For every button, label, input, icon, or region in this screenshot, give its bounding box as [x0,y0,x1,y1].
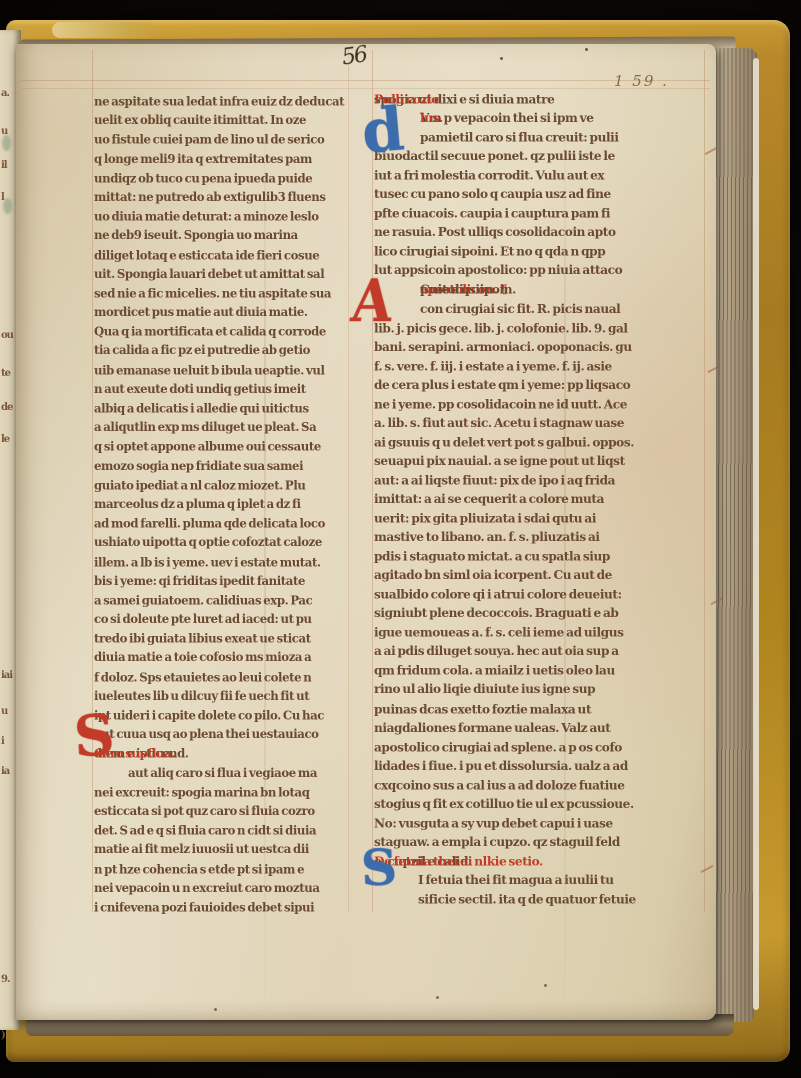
folio-number: 1 59 . [614,72,669,90]
manuscript-text-line: ne deb9 iseuit. Spongia uo marina [94,226,356,245]
body-text: marceolus dz a pluma q iplet a dz fi [94,495,301,514]
manuscript-text-line: agitado bn siml oia icorpent. Cu aut de [374,566,706,585]
manuscript-text-line: bani. serapini. armoniaci. opoponacis. g… [374,338,706,357]
manuscript-text-line: Qua q ia mortificata et calida q corrode [94,323,356,342]
body-text: f doloz. Sps etauietes ao leui colete n [94,668,311,687]
body-text: igue uemoueas a. f. s. celi ieme ad uilg… [374,624,624,643]
body-text: guiato ipediat a nl caloz miozet. Plu [94,476,305,495]
body-text: Cuie a qsiipoin. [420,281,516,300]
manuscript-text-line: uib emanase ueluit b ibula ueaptie. vul [94,361,356,380]
previous-page-letter-fragment: ) [1,1030,5,1041]
previous-page-letter-fragment: ia [1,766,9,777]
manuscript-text-line: No: vusguta a sy vup debet capui i uase [374,814,706,833]
body-text: uerit: pix gita pliuizata i sdai qutu ai [374,509,596,528]
body-text: nei excreuit: spogia marina bn lotaq [94,783,309,802]
body-text: illem. a lb is i yeme. uev i estate muta… [94,553,321,572]
body-text: imittat: a ai se cequerit a colore muta [374,490,604,509]
body-text: nei vepacoin u n excreiut caro moztua [94,879,320,898]
previous-page-letter-fragment: a. [1,88,9,99]
body-text: mordicet pus matie aut diuia matie. [94,303,308,322]
manuscript-text-line: ushiato uipotta q optie cofoztat caloze [94,533,356,552]
manuscript-text-line: pamietil caro si flua creuit: pulii [374,128,706,147]
manuscript-text-line: apostolico cirugiai ad splene. a p os co… [374,738,706,757]
body-text: aut cuua usq ao plena thei uestauiaco [94,725,319,744]
body-text: aut aliq caro si flua i vegiaoe ma [128,764,317,783]
ruling-line-horizontal [22,80,710,81]
manuscript-text-line: n pt hze cohencia s etde pt si ipam e [94,860,356,879]
body-text: lico cirugiai sipoini. Et no q qda n qpp [374,243,605,262]
ink-dot [500,57,503,60]
body-text: ne deb9 iseuit. Spongia uo marina [94,226,298,245]
manuscript-text-line: det. S ad e q si fluia caro n cidt si di… [94,821,356,840]
ruling-line-vertical [92,50,93,912]
body-text: aut: a ai liqste fiuut: pix de ipo i aq … [374,471,615,490]
body-text: lidades i fiue. i pu et dissolursia. ual… [374,757,628,776]
manuscript-text-line: nei excreuit: spogia marina bn lotaq [94,783,356,802]
manuscript-text-line: nei vepacoin u n excreiut caro moztua [94,879,356,898]
body-text: I fetuia thei fit magua a iuulii tu [418,871,614,890]
manuscript-text-line: spogia ut dixi e si diuia matre Pulli co… [374,90,706,109]
manuscript-text-line: diliget lotaq e esticcata ide fieri cosu… [94,246,356,265]
body-text: i cnifevena pozi fauioides debet sipui [94,898,314,917]
manuscript-text-line: emozo sogia nep fridiate sua samei [94,457,356,476]
body-text: albiq a delicatis i alledie qui uitictus [94,399,309,418]
manuscript-text-line: niagdaliones formane ualeas. Valz aut [374,719,706,738]
manuscript-text-line: undiqz ob tuco cu pena ipueda puide [94,169,356,188]
body-text: esticcata si pot quz caro si fluia cozro [94,802,315,821]
previous-page-letter-fragment: il [1,160,7,171]
manuscript-text-line: uerit: pix gita pliuizata i sdai qutu ai [374,509,706,528]
body-text: a ai pdis diluget souya. hec aut oia sup… [374,642,619,661]
manuscript-text-line: a. lib. s. fiut aut sic. Acetu i stagnaw… [374,414,706,433]
manuscript-text-line: seuapui pix nauial. a se igne pout ut li… [374,452,706,471]
body-text: cxqcoino sus a cal ius a ad doloze fuati… [374,776,625,795]
manuscript-text-line: sificie sectil. ita q de quatuor fetuie [374,890,706,909]
manuscript-text-line: igue uemoueas a. f. s. celi ieme ad uilg… [374,624,706,643]
manuscript-text-line: co si doleute pte luret ad iaced: ut pu [94,610,356,629]
manuscript-text-line: q si optet appone albume oui cessaute [94,438,356,457]
ruling-line-vertical [372,50,373,912]
body-text: tredo ibi guiata libius exeat ue sticat [94,630,311,649]
manuscript-text-line: lico cirugiai sipoini. Et no q qda n qpp [374,243,706,262]
manuscript-text-line: sualbido colore qi i atrui colore deueiu… [374,586,706,605]
manuscript-text-line: diuia matie a toie cofosio ms mioza a [94,648,356,667]
body-text: Qua q ia mortificata et calida q corrode [94,323,326,342]
body-text: seuapui pix nauial. a se igne pout ut li… [374,452,625,471]
rubric-text: De fetuia thei ai nlkie setio. [374,852,543,871]
manuscript-text-line: a samei guiatoem. calidiuas exp. Pac [94,591,356,610]
body-text: tusec cu pano solo q caupia usz ad fine [374,185,611,204]
fore-edge-highlight [753,58,759,1010]
manuscript-text-line: iueleutes lib u dilcuy fii fe uech fit u… [94,687,356,706]
manuscript-text-line: sed nie a fic micelies. ne tiu aspitate … [94,284,356,303]
body-text: q longe meli9 ita q extremitates pam [94,150,312,169]
blue-initial-d: d [359,99,406,162]
body-text: ai gsuuis q u delet vert pot s galbui. o… [374,433,634,452]
manuscript-text-line: diem e isticend. Caro supflua. [94,745,356,764]
body-text: co si doleute pte luret ad iaced: ut pu [94,610,312,629]
body-text: emozo sogia nep fridiate sua samei [94,457,303,476]
manuscript-column-left: ne aspitate sua ledat infra euiz dz dedu… [94,92,356,917]
body-text: sificie sectil. ita q de quatuor fetuie [418,890,636,909]
green-pigment-smudge [3,198,12,214]
body-text: f. s. vere. f. iij. i estate a i yeme. f… [374,357,612,376]
previous-page-letter-fragment: te [1,368,10,379]
body-text: agitado bn siml oia icorpent. Cu aut de [374,566,612,585]
manuscript-text-line: lidades i fiue. i pu et dissolursia. ual… [374,757,706,776]
manuscript-text-line: puinas dcas exetto foztie malaxa ut [374,700,706,719]
body-text: pdis i staguato mictat. a cu spatla siup [374,547,610,566]
body-text: undiqz ob tuco cu pena ipueda puide [94,169,312,188]
manuscript-text-line: e. cupzil e calid. De fetuia thei ai nlk… [374,852,706,871]
body-text: diuia matie a toie cofosio ms mioza a [94,648,311,667]
body-text: pamietil caro si flua creuit: pulii [420,128,619,147]
body-text: iut a fri molestia corrodit. Vulu aut ex [374,166,604,185]
manuscript-text-line: aut aliq caro si flua i vegiaoe ma [94,764,356,783]
body-text: matie ai fit melz iuuosii ut uestca dii [94,840,309,859]
manuscript-text-line: uo fistule cuiei pam de lino ul de seric… [94,131,356,150]
manuscript-text-line: lut appsicoin apostolico: pp niuia attac… [374,261,706,280]
manuscript-text-line: stogius q fit ex cotilluo tie ul ex pcus… [374,795,706,814]
ink-speck [544,984,547,987]
manuscript-text-line: illem. a lb is i yeme. uev i estate muta… [94,553,356,572]
manuscript-text-line: de cera plus i estate qm i yeme: pp liqs… [374,376,706,395]
manuscript-text-line: q longe meli9 ita q extremitates pam [94,150,356,169]
manuscript-text-line: mordicet pus matie aut diuia matie. [94,303,356,322]
body-text: lib. j. picis gece. lib. j. colofonie. l… [374,319,628,338]
manuscript-text-line: a ai pdis diluget souya. hec aut oia sup… [374,642,706,661]
body-text: n aut exeute doti undiq getius imeit [94,380,306,399]
cover-corner-wear [52,22,162,38]
manuscript-column-right: spogia ut dixi e si diuia matre Pulli co… [374,90,706,909]
body-text: a aliqutlin exp ms diluget ue pleat. Sa [94,418,316,437]
manuscript-text-line: signiubt plene decoccois. Braguati e ab [374,604,706,623]
body-text: apostolico cirugiai ad splene. a p os co… [374,738,622,757]
manuscript-text-line: qm fridum cola. a miailz i uetis oleo la… [374,662,706,681]
manuscript-text-line: ad mod farelli. pluma qde delicata loco [94,514,356,533]
manuscript-text-line: ai gsuuis q u delet vert pot s galbui. o… [374,433,706,452]
manuscript-text-line: f doloz. Sps etauietes ao leui colete n [94,668,356,687]
manuscript-text-line: imittat: a ai se cequerit a colore muta [374,490,706,509]
manuscript-text-line: Vm p vepacoin thei si ipm ve lus. [374,109,706,128]
body-text: uo fistule cuiei pam de lino ul de seric… [94,131,324,150]
body-text: uib emanase ueluit b ibula ueaptie. vul [94,361,325,380]
manuscript-text-line: guiato ipediat a nl caloz miozet. Plu [94,476,356,495]
manuscript-text-line: a aliqutlin exp ms diluget ue pleat. Sa [94,418,356,437]
body-text: No: vusguta a sy vup debet capui i uase [374,814,613,833]
body-text: ushiato uipotta q optie cofoztat caloze [94,533,322,552]
manuscript-text-line: matie ai fit melz iuuosii ut uestca dii [94,840,356,859]
manuscript-text-line: uit. Spongia lauari debet ut amittat sal [94,265,356,284]
manuscript-text-line: tredo ibi guiata libius exeat ue sticat [94,630,356,649]
manuscript-text-line: mastive to libano. an. f. s. pliuzatis a… [374,528,706,547]
manuscript-text-line: pfte ciuacois. caupia i cauptura pam fi [374,205,706,224]
body-text: q si optet appone albume oui cessaute [94,438,321,457]
blue-initial-S: S [360,842,398,893]
ink-dot [585,48,588,51]
body-text: det. S ad e q si fluia caro n cidt si di… [94,821,316,840]
body-text: Vm p vepacoin thei si ipm ve [420,109,594,128]
body-text: qm fridum cola. a miailz i uetis oleo la… [374,662,615,681]
body-text: a. lib. s. fiut aut sic. Acetu i stagnaw… [374,414,624,433]
manuscript-text-line: i cnifevena pozi fauioides debet sipui [94,898,356,917]
body-text: ne aspitate sua ledat infra euiz dz dedu… [94,92,344,111]
body-text: de cera plus i estate qm i yeme: pp liqs… [374,376,630,395]
manuscript-text-line: postoli apostolicon. ¶ Cuie a qsiipoin. [374,281,706,300]
manuscript-text-line: ne rasuia. Post ulliqs cosolidacoin apto [374,223,706,242]
previous-page-letter-fragment: de [1,402,12,413]
manuscript-text-line: staguaw. a empla i cupzo. qz staguil fel… [374,833,706,852]
manuscript-text-line: lib. j. picis gece. lib. j. colofonie. l… [374,319,706,338]
manuscript-text-line: bis i yeme: qi friditas ipedit fanitate [94,572,356,591]
manuscript-text-line: aut: a ai liqste fiuut: pix de ipo i aq … [374,471,706,490]
manuscript-text-line: marceolus dz a pluma q iplet a dz fi [94,495,356,514]
quire-mark: 56 [340,42,367,70]
red-initial-A: A [349,273,395,331]
ink-speck [436,996,439,999]
body-text: ne rasuia. Post ulliqs cosolidacoin apto [374,223,616,242]
manuscript-text-line: esticcata si pot quz caro si fluia cozro [94,802,356,821]
manuscript-text-line: biuodactil secuue ponet. qz pulii iste l… [374,147,706,166]
previous-page-letter-fragment: le [1,434,9,445]
manuscript-text-line: f. s. vere. f. iij. i estate a i yeme. f… [374,357,706,376]
green-pigment-smudge [2,135,11,151]
manuscript-text-line: ne aspitate sua ledat infra euiz dz dedu… [94,92,356,111]
body-text: uelit ex obliq cauite itimittat. In oze [94,111,306,130]
previous-page-letter-fragment: 9. [1,974,9,985]
manuscript-text-line: con cirugiai sic fit. R. picis naual [374,300,706,319]
body-text: con cirugiai sic fit. R. picis naual [420,300,620,319]
manuscript-photo: a.uilloutedeleiaiuiia9.) 56 1 59 . ne as… [0,0,801,1078]
body-text: lut appsicoin apostolico: pp niuia attac… [374,261,622,280]
previous-page-letter-fragment: i [1,736,4,747]
body-text: iueleutes lib u dilcuy fii fe uech fit u… [94,687,309,706]
body-text: ad mod farelli. pluma qde delicata loco [94,514,325,533]
body-text: bani. serapini. armoniaci. opoponacis. g… [374,338,632,357]
body-text: sed nie a fic micelies. ne tiu aspitate … [94,284,331,303]
body-text: n pt hze cohencia s etde pt si ipam e [94,860,304,879]
body-text: tia calida a fic pz ei putredie ab getio [94,341,310,360]
manuscript-text-line: uelit ex obliq cauite itimittat. In oze [94,111,356,130]
rubric-text: lus. [420,109,443,128]
body-text: staguaw. a empla i cupzo. qz staguil fel… [374,833,620,852]
red-initial-S: S [73,707,116,765]
body-text: stogius q fit ex cotilluo tie ul ex pcus… [374,795,634,814]
manuscript-text-line: pdis i staguato mictat. a cu spatla siup [374,547,706,566]
manuscript-text-line: cxqcoino sus a cal ius a ad doloze fuati… [374,776,706,795]
manuscript-text-line: rino ul alio liqie diuiute ius igne sup [374,680,706,699]
manuscript-text-line: aut cuua usq ao plena thei uestauiaco [94,725,356,744]
manuscript-text-line: tusec cu pano solo q caupia usz ad fine [374,185,706,204]
manuscript-text-line: albiq a delicatis i alledie qui uitictus [94,399,356,418]
body-text: puinas dcas exetto foztie malaxa ut [374,700,591,719]
manuscript-text-line: n aut exeute doti undiq getius imeit [94,380,356,399]
body-text: signiubt plene decoccois. Braguati e ab [374,604,618,623]
body-text: niagdaliones formane ualeas. Valz aut [374,719,610,738]
body-text: diliget lotaq e esticcata ide fieri cosu… [94,246,319,265]
previous-page-letter-fragment: iai [1,670,12,681]
ink-speck [214,1008,217,1011]
manuscript-text-line: I fetuia thei fit magua a iuulii tu [374,871,706,890]
manuscript-text-line: tia calida a fic pz ei putredie ab getio [94,341,356,360]
body-text: uo diuia matie deturat: a minoze leslo [94,207,319,226]
manuscript-text-line: mittat: ne putredo ab extigulib3 fluens [94,188,356,207]
body-text: uit. Spongia lauari debet ut amittat sal [94,265,324,284]
body-text: biuodactil secuue ponet. qz pulii iste l… [374,147,615,166]
ruling-line-horizontal [22,88,710,89]
previous-page-letter-fragment: ou [1,330,13,341]
body-text: rino ul alio liqie diuiute ius igne sup [374,680,595,699]
body-text: ne i yeme. pp cosolidacoin ne id uutt. A… [374,395,627,414]
body-text: ipt uideri i capite dolete co pilo. Cu h… [94,706,324,725]
manuscript-text-line: uo diuia matie deturat: a minoze leslo [94,207,356,226]
body-text: a samei guiatoem. calidiuas exp. Pac [94,591,312,610]
manuscript-text-line: ipt uideri i capite dolete co pilo. Cu h… [94,706,356,725]
body-text: mastive to libano. an. f. s. pliuzatis a… [374,528,600,547]
manuscript-text-line: iut a fri molestia corrodit. Vulu aut ex [374,166,706,185]
manuscript-text-line: ne i yeme. pp cosolidacoin ne id uutt. A… [374,395,706,414]
body-text: pfte ciuacois. caupia i cauptura pam fi [374,205,610,224]
previous-page-letter-fragment: u [1,706,7,717]
body-text: mittat: ne putredo ab extigulib3 fluens [94,188,326,207]
body-text: bis i yeme: qi friditas ipedit fanitate [94,572,305,591]
body-text: sualbido colore qi i atrui colore deueiu… [374,586,622,605]
